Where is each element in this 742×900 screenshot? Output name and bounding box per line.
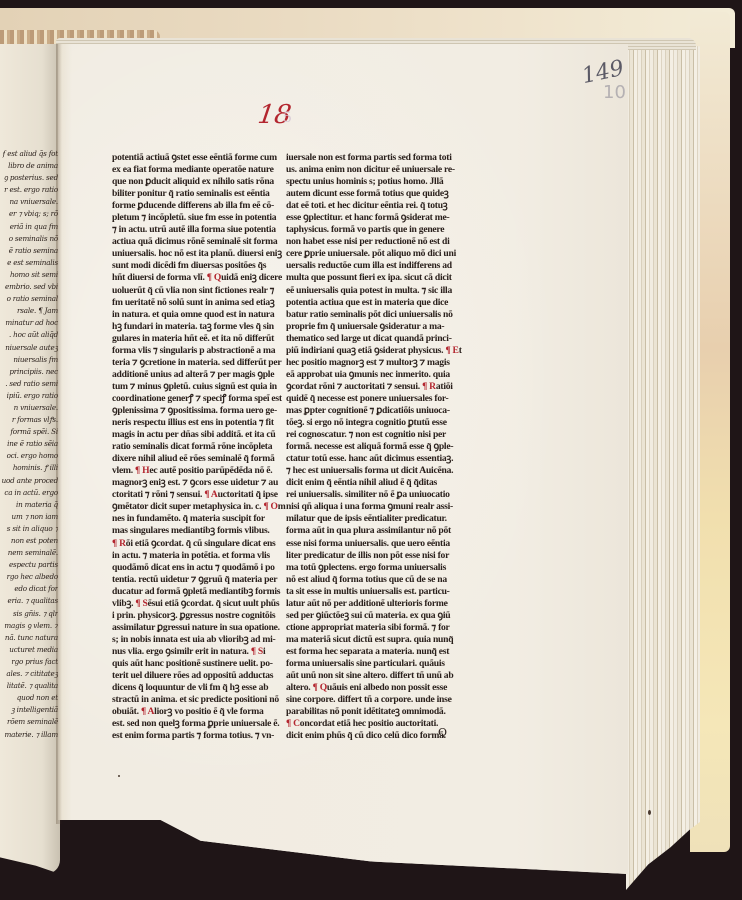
text-line: que non ꝑducit aliquid ex nihilo satis r… [112,176,272,188]
text-line: magis ꝯ vlem. ⁊ [0,620,58,632]
text-line: sis gñis. ⁊ qlr [0,608,58,620]
text-column-a: potentiã actiuã ꝯstet esse eẽntiã forme … [112,152,272,742]
text-line: nõ est aliud q̃ forma totius que cũ de s… [286,574,458,586]
text-line: neris respectu illius est ens in potenti… [112,417,272,429]
text-line: parabilitas nõ ponit idẽtitateꝫ omnimodã… [286,706,458,718]
text-line: uniuersalis. hoc nõ est ita planũ. diuer… [112,248,272,260]
text-line: eẽ uniuersalis quia potest in multa. ⁊ s… [286,285,458,297]
text-line: sunt modi dicẽdi fm diuersas positões q̃… [112,260,272,272]
text-line: n vniuersale. [0,402,58,414]
text-line: uersalis reductõe cum illa est indiffere… [286,260,458,272]
text-line: magis in actu per dñas sibi additã. et i… [112,429,272,441]
text-line: magnorꝫ eniꝫ est. ⁊ ꝯcors esse uidetur ⁊… [112,477,272,489]
text-line: potentiã actiuã ꝯstet esse eẽntiã forme … [112,152,272,164]
text-line: s; in nobis innata est uia ab vlioribꝫ a… [112,634,272,646]
text-line: quis aũt hanc positionẽ sustinere uelit.… [112,658,272,670]
text-line: stractũ in anima. et sic predicte positi… [112,694,272,706]
text-line: proprie fm q̃ uniuersale ꝯsideratur a ma… [286,321,458,333]
text-line: formã. necesse est aliquã formã esse q̃ … [286,441,458,453]
text-line: dicens q̃ loquuntur de vli fm q̃ hꝫ esse… [112,682,272,694]
text-line: ex ea fiat forma mediante operatõe natur… [112,164,272,176]
left-page: ẜ est aliud q̃s fotlibro de animaꝯ poste… [0,44,60,874]
text-line: assimilatur ꝑgressui nature in sua opati… [112,622,272,634]
text-line: hꝫ fundari in materia. taꝫ forme vles q̃… [112,321,272,333]
text-line: ꝯcordat rõni ⁊ auctoritati ⁊ sensui. ¶ R… [286,381,458,393]
text-line: thematico sed large ut dicat quandã prin… [286,333,458,345]
rubricated-initial: ¶ Q [207,272,221,283]
rubricated-initial: ¶ R [112,538,126,549]
text-line: piũ indiriani quaꝫ etiã ꝯsiderat physicu… [286,345,458,357]
text-line: quodãmõ dicat ens in actu ⁊ quodãmõ i po [112,562,272,574]
gutter-shadow [56,44,62,824]
text-line: forma aũt in qua plura assimilantur nõ p… [286,525,458,537]
text-line: eriã in qua fm [0,221,58,233]
text-line: terit uel diluere rões ad oppositũ adduc… [112,670,272,682]
rubricated-initial: ¶ R [422,381,436,392]
text-line: ꝯmẽtator dicit super metaphysica in. c. … [112,501,272,513]
text-column-b: iuersale non est forma partis sed forma … [286,152,458,742]
text-line: eria. ⁊ qualitas [0,595,58,607]
text-line: nes in fundamẽto. q̃ materia suscipit fo… [112,513,272,525]
text-line: non habet esse nisi per reductionẽ nõ es… [286,236,458,248]
text-line: dixere nihil aliud eẽ rões seminalẽ q̃ f… [112,453,272,465]
text-line: est forma hec separata a materia. nunq̃ … [286,646,458,658]
text-line: materie. ⁊ illam [0,729,58,741]
text-line: spectu unius hominis s; potius homo. Jll… [286,176,458,188]
ink-speck [118,775,120,777]
text-line: embrio. sed vbi [0,281,58,293]
text-line: homo sit semi [0,269,58,281]
rubricated-initial: ¶ A [204,489,217,500]
text-line: tentia. rectũ uidetur ⁊ ꝯgruũ q̃ materia… [112,574,272,586]
text-line: ales. ⁊ cititateꝫ [0,668,58,680]
text-line: hec positio magnorꝫ est ⁊ multorꝫ ⁊ magi… [286,357,458,369]
text-line: ¶ Concordat etiã hec positio auctoritati… [286,718,458,730]
left-page-column: ẜ est aliud q̃s fotlibro de animaꝯ poste… [0,148,58,741]
text-line: edo dicat for [0,583,58,595]
text-line: liter predicatur de illis non põt esse n… [286,550,458,562]
text-line: dicit enim q̃ eẽntia nihil aliud ẽ q̃ q̃… [286,477,458,489]
text-line: tõeꝫ. si ergo nõ integra cognitio ꝑtutũ … [286,417,458,429]
text-line: nã. tunc natura [0,632,58,644]
text-line: coordinatione generꝭ ⁊ speciꝭ forma speĩ… [112,393,272,405]
text-line: ctatur totũ esse. hanc aũt dicimus essen… [286,453,458,465]
text-line: additionẽ unius ad alterã ⁊ per magis ꝯp… [112,369,272,381]
text-line: nus vlia. ergo ꝯsimilr erit in natura. ¶… [112,646,272,658]
text-line: gulares in materia hñt eẽ. et ita nõ dif… [112,333,272,345]
text-line: r est. ergo ratio [0,184,58,196]
rubricated-initial: ¶ C [286,718,300,729]
text-line: ꝯplenissima ⁊ ꝯpositissima. forma uero g… [112,405,272,417]
text-line: rei cognoscatur. ⁊ non est cognitio nisi… [286,429,458,441]
text-line: latur aũt nõ per additionẽ ulterioris fo… [286,598,458,610]
text-line: niuersale auteꝫ [0,342,58,354]
text-line: potentia actiua que est in materia que d… [286,297,458,309]
text-line: biliter ponitur q̃ ratio seminalis est e… [112,188,272,200]
text-line: cere ꝑprie uniuersale. põt aliquo mõ dic… [286,248,458,260]
text-line: tum ⁊ minus ꝯpletũ. cuius signũ est quia… [112,381,272,393]
text-line: i prin. physicorꝫ. ꝑgressus nostre cogni… [112,610,272,622]
text-line: ⁊ hec est uniuersalis forma ut dicit Aui… [286,465,458,477]
text-line: ¶ Rõi etiã ꝯcordat. q̃ cũ singulare dica… [112,538,272,550]
text-line: in natura. et quia omne quod est in natu… [112,309,272,321]
text-line: forme ꝑducende differens ab illa fm eẽ c… [112,200,272,212]
text-line: ducatur ad formã ꝯpletã mediantibꝫ formi… [112,586,272,598]
text-line: uoluerũt q̃ cũ vlia non sint fictiones r… [112,285,272,297]
text-line: uod ante proced [0,475,58,487]
rubricated-initial: ¶ O [263,501,277,512]
rubricated-folio-ghost: 5 [283,110,292,126]
text-line: ꝫ intelligentiã [0,704,58,716]
rubricated-initial: ¶ E [445,345,458,356]
text-line: sed per ꝯiũctõeꝫ sui cũ materia. ex qua … [286,610,458,622]
text-line: in materia q̃ [0,499,58,511]
rubricated-initial: ¶ Q [313,682,327,693]
text-line: rgo hec albedo [0,571,58,583]
text-line: autem dicunt esse formã totius que quide… [286,188,458,200]
text-line: batur ratio seminalis põt dici uniuersal… [286,309,458,321]
text-line: na vniuersale. [0,196,58,208]
text-line: esse ꝯplectitur. et hanc formã ꝯsiderat … [286,212,458,224]
text-line: in actu. ⁊ materia in potẽtia. et forma … [112,550,272,562]
text-line: s sit in aliquo ⁊ [0,523,58,535]
text-line: milatur que de ipsis eẽntialiter predica… [286,513,458,525]
text-line: est enim forma partis ⁊ forma totius. ⁊ … [112,730,272,742]
text-line: niuersalis fm [0,354,58,366]
text-line: principiis. nec [0,366,58,378]
text-line: rsale. ¶ Jam [0,305,58,317]
text-line: dat eẽ toti. et hec dicitur eẽntia rei. … [286,200,458,212]
text-line: oci. ergo homo [0,450,58,462]
ink-speck [648,810,651,815]
text-line: teria ⁊ ꝯcretione in materia. sed differ… [112,357,272,369]
text-line: ẜ est aliud q̃s fot [0,148,58,160]
rubricated-initial: ¶ H [135,465,149,476]
rubricated-initial: ¶ A [141,706,154,717]
text-line: minatur ad hoc [0,317,58,329]
text-line: forma vlis ⁊ singularis p abstractionẽ a… [112,345,272,357]
text-line: ma materiã sicut dictũ est supra. quia n… [286,634,458,646]
text-line: rõem seminalẽ [0,716,58,728]
rubricated-initial: ¶ S [135,598,147,609]
text-line: fm ueritatẽ nõ solũ sunt in anima sed et… [112,297,272,309]
text-line: e est seminalis [0,257,58,269]
text-line: aũt unũ non sit sine altero. differt tñ … [286,670,458,682]
rubricated-initial: ¶ S [251,646,263,657]
text-line: ipiũ. ergo ratio [0,390,58,402]
text-line: us. anima enim non dicitur eẽ uniuersale… [286,164,458,176]
text-line: formã spẽi. Si [0,426,58,438]
text-line: o seminalis nõ [0,233,58,245]
text-line: . sed ratio semi [0,378,58,390]
text-line: quod non et [0,692,58,704]
text-line: sine corpore. differt tñ a corpore. unde… [286,694,458,706]
text-line: non est poten [0,535,58,547]
text-line: espectu partis [0,559,58,571]
text-line: pletum ⁊ incõpletũ. siue fm esse in pote… [112,212,272,224]
text-line: . hoc aũt aliq̃d [0,329,58,341]
text-line: eã approbat uia ꝯmunis nec inmerito. qui… [286,369,458,381]
text-line: quidẽ q̃ necesse est ponere uniuersales … [286,393,458,405]
text-line: multa que possunt fieri ex ipa. sicut cã… [286,272,458,284]
text-line: vlem. ¶ Hec autẽ positio parũpẽdẽda nõ ẽ… [112,465,272,477]
text-line: rei uniuersalis. similiter nõ ẽ ꝑa uniuo… [286,489,458,501]
text-line: libro de anima [0,160,58,172]
pencil-foliation-old: 10 [603,82,626,103]
text-line: ꝯ posterius. sed [0,172,58,184]
text-line: um ⁊ non iam [0,511,58,523]
text-line: er ⁊ vbiq; s; rõ [0,208,58,220]
text-line: ine ẽ ratio sẽia [0,438,58,450]
text-line: mas ꝑpter cognitionẽ ⁊ ꝑdicatiõis uniuoc… [286,405,458,417]
text-line: esse nisi forma uniuersalis. que uero eẽ… [286,538,458,550]
text-line: vlibꝫ. ¶ Sẽsui etiã ꝯcordat. q̃ sicut uu… [112,598,272,610]
text-line: forma uniuersalis sine particulari. quãu… [286,658,458,670]
text-line: nem seminalẽ. [0,547,58,559]
text-line: ⁊ in actu. utrũ autẽ illa forma siue pot… [112,224,272,236]
text-line: ratio seminalis dicat formã rõne incõple… [112,441,272,453]
text-line: iuersale non est forma partis sed forma … [286,152,458,164]
text-line: est. sed non quelꝫ forma ꝑprie uniuersal… [112,718,272,730]
text-line: altero. ¶ Quãuis eni albedo non possit e… [286,682,458,694]
text-line: ma totũ ꝯplectens. ergo forma uniuersali… [286,562,458,574]
text-line: ucturet media [0,644,58,656]
text-line: hominis. ꝭ illi [0,462,58,474]
text-line: ctione appropriat materia sibi formã. ⁊ … [286,622,458,634]
text-line: ẽ ratio semina [0,245,58,257]
text-line: obuiãt. ¶ Aliorꝫ vo positio ẽ q̃ vle for… [112,706,272,718]
text-line: ca in actũ. ergo [0,487,58,499]
catchword: Q [438,726,447,739]
text-line: o ratio seminal [0,293,58,305]
text-line: rgo prius fact [0,656,58,668]
text-line: taphysicus. formã vo partis que in gener… [286,224,458,236]
text-line: ta sit esse in multis uniuersalis est. p… [286,586,458,598]
text-line: nisi qñ aliqua i una forma ꝯmuni realr a… [286,501,458,513]
text-line: actiua quã dicimus rõnẽ seminalẽ sit for… [112,236,272,248]
text-line: mas singulares mediantibꝫ formis vlibus. [112,525,272,537]
fore-edge-leaves [626,38,700,890]
text-line: hñt diuersi de forma vlĩ. ¶ Quidã eniꝫ d… [112,272,272,284]
text-line: dicit enim phũs q̃ cũ dico celũ dico for… [286,730,458,742]
text-line: litatẽ. ⁊ qualita [0,680,58,692]
text-line: ctoritati ⁊ rõni ⁊ sensui. ¶ Auctoritati… [112,489,272,501]
text-line: r formas vlꝭs. [0,414,58,426]
